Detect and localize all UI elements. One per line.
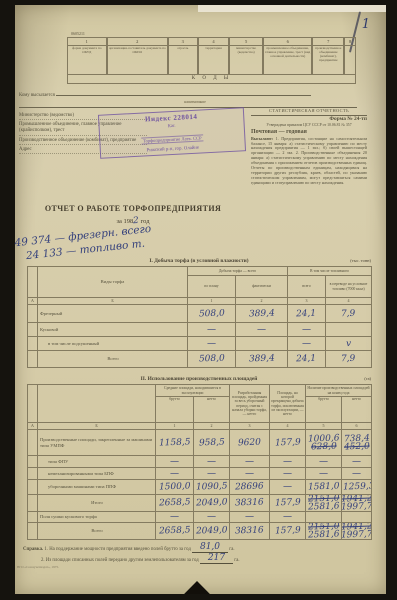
spravka-label-2: 2. Из площади списанных полей передано д… — [41, 558, 199, 563]
row-label: Всего — [38, 523, 156, 540]
handwritten-value: 2658,5 — [159, 498, 191, 507]
page-edge-highlight — [198, 5, 386, 12]
value-cell — [326, 323, 372, 337]
code-column: 4территория — [198, 37, 230, 75]
value-cell: — — [230, 512, 270, 523]
value-cell: 508,0 — [188, 351, 236, 368]
handwritten-value: — — [207, 339, 216, 347]
scanned-form-page: 1 0605211 1форма документа по ОКУД2орган… — [15, 5, 386, 594]
code-column-label: производственное объединение (комбинат),… — [312, 45, 344, 75]
handwritten-value: 157,9 — [274, 527, 300, 536]
value-cell: — — [270, 480, 306, 495]
t2-colnum-6: 6 — [342, 423, 372, 430]
print-imprint: ВГО «Союзучетиздат», 1975. — [17, 565, 59, 569]
row-label: в том числе подсушенный — [38, 337, 188, 351]
t1-corner — [28, 267, 38, 298]
handwritten-value: 38316 — [235, 499, 264, 508]
handwritten-value: 1997,7 — [342, 530, 372, 539]
t2-colnum-2: 2 — [194, 423, 230, 430]
value-cell: 7,9 — [326, 351, 372, 368]
handwritten-value: — — [245, 457, 254, 465]
t1-colnum-2: 2 — [236, 298, 288, 305]
code-table-columns: 1форма документа по ОКУД2организация-сос… — [67, 37, 356, 75]
handwritten-page-number: 1 — [362, 17, 370, 32]
value-cell: 958,5 — [194, 430, 230, 456]
value-cell: — — [194, 468, 230, 480]
value-cell: — — [288, 337, 326, 351]
value-cell: — — [156, 512, 194, 523]
value-cell: 738,4452,0 — [342, 430, 372, 456]
row-label: типа ФПУ — [38, 456, 156, 468]
table-row: типа ФПУ—————— — [28, 456, 372, 468]
row-number-cell — [28, 480, 38, 495]
value-cell: — — [288, 323, 326, 337]
handwritten-value: — — [283, 457, 292, 465]
handwritten-value: — — [170, 457, 179, 465]
value-cell: 1500,0 — [156, 480, 194, 495]
value-cell — [306, 512, 342, 523]
row-number-cell — [28, 337, 38, 351]
code-column: 8 — [344, 37, 356, 75]
value-cell: 38316 — [230, 523, 270, 540]
row-label: Итого — [38, 495, 156, 512]
table-row: немеханизированными типа БПФ—————— — [28, 468, 372, 480]
value-cell: — — [230, 456, 270, 468]
handwritten-value: — — [245, 513, 254, 521]
value-cell: — — [270, 512, 306, 523]
handwritten-value: 2049,0 — [196, 498, 228, 507]
value-cell: 1581,0 — [306, 480, 342, 495]
handwritten-value: 1500,0 — [159, 482, 191, 491]
handwritten-value: 157,9 — [274, 438, 300, 447]
postal-stamp: Индекс 228014 Кат. Торфопредприятие Латв… — [98, 107, 246, 159]
t2-sub-brutto-2: брутто — [306, 397, 342, 423]
row-number-cell — [28, 456, 38, 468]
value-cell: — — [236, 323, 288, 337]
table-row: Кусковой——— — [28, 323, 372, 337]
value-cell: 2151,02581,6 — [306, 523, 342, 540]
value-cell: — — [156, 456, 194, 468]
code-column-number: 8 — [344, 37, 356, 45]
t1-sub-fact: фактически — [236, 276, 288, 298]
handwritten-value: — — [352, 457, 361, 465]
handwritten-value: — — [207, 513, 216, 521]
row-number-cell — [28, 495, 38, 512]
code-column-number: 1 — [67, 37, 107, 45]
approved-line: Утверждена приказом ЦСУ СССР от 10.06.81… — [251, 123, 367, 128]
spravka-value-1: 81,0 — [192, 542, 228, 553]
row-label: Поля сушки кускового торфа — [38, 512, 156, 523]
report-title: ОТЧЕТ О РАБОТЕ ТОРФОПРЕДПРИЯТИЯ — [25, 204, 241, 213]
value-cell: 9620 — [230, 430, 270, 456]
t2-group2: Наличие производственных площадей на кон… — [306, 385, 372, 397]
t2-col4-header: Площадь, на которой прекращена добыча то… — [270, 385, 306, 423]
t1-colnum-4: 4 — [326, 298, 372, 305]
value-cell: 508,0 — [188, 305, 236, 323]
value-cell: 2658,5 — [156, 523, 194, 540]
code-column-number: 5 — [229, 37, 263, 45]
table1-caption: I. Добыча торфа (в условной влажности) (… — [27, 258, 371, 264]
handwritten-value: 1158,5 — [159, 438, 191, 447]
t1-letter-a: А — [28, 298, 38, 305]
t1-colnum-3: 3 — [288, 298, 326, 305]
table1-unit: (тыс. тонн) — [350, 258, 371, 263]
spravka-label-1: 1. На поддержание мощности предприятия в… — [44, 547, 190, 552]
row-number-cell — [28, 468, 38, 480]
table2-caption: II. Использование производственных площа… — [27, 376, 371, 382]
code-column-number: 3 — [168, 37, 198, 45]
value-cell: 1090,5 — [194, 480, 230, 495]
spravka-value-2: 217 — [200, 553, 233, 564]
value-cell: 1941,21997,7 — [342, 495, 372, 512]
handwritten-value: 38316 — [235, 527, 264, 536]
value-cell: v — [326, 337, 372, 351]
row-label: немеханизированными типа БПФ — [38, 468, 156, 480]
table1-title: I. Добыча торфа (в условной влажности) — [149, 258, 248, 264]
row-number-cell — [28, 512, 38, 523]
value-cell: — — [188, 323, 236, 337]
handwritten-value: 508,0 — [198, 309, 224, 318]
value-cell: 2151,02581,6 — [306, 495, 342, 512]
value-cell: 2658,5 — [156, 495, 194, 512]
value-cell: 157,9 — [270, 430, 306, 456]
handwritten-value: 1259,3 — [343, 482, 372, 491]
code-column-label: промышленное объединение, главное управл… — [263, 45, 312, 75]
table-row: Всего2658,52049,038316157,92151,02581,61… — [28, 523, 372, 540]
handwritten-value: 2049,0 — [196, 526, 228, 535]
handwritten-value: 1997,7 — [342, 502, 372, 511]
table-row: Поля сушки кускового торфа———— — [28, 512, 372, 523]
handwritten-value: — — [207, 469, 216, 477]
periodicity: Почтовая — годовая — [251, 130, 367, 135]
handwritten-value: 7,9 — [341, 355, 356, 363]
value-cell: — — [306, 468, 342, 480]
value-cell: — — [230, 468, 270, 480]
handwritten-value: — — [170, 469, 179, 477]
value-cell: 28696 — [230, 480, 270, 495]
value-cell: — — [306, 456, 342, 468]
value-cell: 2049,0 — [194, 495, 230, 512]
handwritten-value: — — [245, 469, 254, 477]
t1-colnum-1: 1 — [188, 298, 236, 305]
code-column-label: территория — [198, 45, 230, 75]
handwritten-value: 157,9 — [274, 499, 300, 508]
value-cell: — — [156, 468, 194, 480]
table1: Виды торфа Добыча торфа — всего В том чи… — [27, 266, 372, 368]
addressee-line: Кому высылается — [19, 93, 359, 98]
row-label: Всего — [38, 351, 188, 368]
handwritten-value: — — [257, 325, 266, 333]
row-number-cell — [28, 351, 38, 368]
t1-sub-plan: по плану — [188, 276, 236, 298]
value-cell: 1259,3 — [342, 480, 372, 495]
t1-letter-b: Б — [38, 298, 188, 305]
value-cell: — — [342, 456, 372, 468]
handwritten-value: — — [283, 469, 292, 477]
code-column: 3отрасль — [168, 37, 198, 75]
t1-group2: В том числе топливного — [288, 267, 372, 276]
spravka-unit-2: га. — [234, 558, 239, 563]
handwritten-value: 9620 — [238, 438, 261, 447]
code-column-label: организация-составитель документа по ОКП… — [107, 45, 168, 75]
code-column-label: министерство (ведомство) — [229, 45, 263, 75]
t2-colnum-1: 1 — [156, 423, 194, 430]
value-cell: 389,4 — [236, 305, 288, 323]
value-cell — [236, 337, 288, 351]
spravka-prefix: Справка. — [23, 547, 43, 552]
code-column-number: 4 — [198, 37, 230, 45]
t2-corner — [28, 385, 38, 423]
handwritten-value: — — [352, 469, 361, 477]
row-label: Производственные площади, закрепленные з… — [38, 430, 156, 456]
value-cell: 1158,5 — [156, 430, 194, 456]
row-number-cell — [28, 430, 38, 456]
code-column-number: 2 — [107, 37, 168, 45]
handwritten-value: 389,4 — [248, 355, 274, 364]
code-column: 2организация-составитель документа по ОК… — [107, 37, 168, 75]
value-cell: 7,9 — [326, 305, 372, 323]
value-cell: — — [270, 456, 306, 468]
value-cell — [342, 512, 372, 523]
stamp-line-3: Торфопредприятие Латв. ССР — [141, 134, 204, 144]
row-number-cell — [28, 323, 38, 337]
t2-sub-netto-1: нетто — [194, 397, 230, 423]
handwritten-value: 1090,5 — [196, 482, 228, 491]
form-number: Форма № 24-тп — [251, 117, 367, 122]
value-cell: 1941,21997,7 — [342, 523, 372, 540]
table2-title: II. Использование производственных площа… — [141, 376, 258, 382]
code-column-label — [344, 45, 356, 75]
handwritten-value: — — [302, 325, 311, 333]
value-cell: 24,1 — [288, 305, 326, 323]
t2-colnum-3: 3 — [230, 423, 270, 430]
value-cell: 24,1 — [288, 351, 326, 368]
t1-sub-cond: в переводе на условное топливо (7000 кка… — [326, 276, 372, 298]
row-label: Кусковой — [38, 323, 188, 337]
handwritten-value: — — [170, 513, 179, 521]
value-cell: 157,9 — [270, 523, 306, 540]
t2-stub-header — [38, 385, 156, 423]
table-row: уборочными машинами типа ППФ1500,01090,5… — [28, 480, 372, 495]
value-cell: 157,9 — [270, 495, 306, 512]
addressee-underline — [56, 95, 311, 96]
t2-group1: Средние площади, находившиеся в эксплуат… — [156, 385, 230, 397]
handwritten-value: 2658,5 — [159, 526, 191, 535]
row-label: Фрезерный — [38, 305, 188, 323]
handwritten-value: 628,0 — [310, 442, 336, 451]
t1-stub-header: Виды торфа — [38, 267, 188, 298]
stat-title: СТАТИСТИЧЕСКАЯ ОТЧЕТНОСТЬ — [251, 109, 367, 116]
value-cell: — — [342, 468, 372, 480]
kody-band: К О Д Ы — [67, 75, 356, 84]
code-column-label: форма документа по ОКУД — [67, 45, 107, 75]
handwritten-value: 508,0 — [198, 355, 224, 364]
row-label: уборочными машинами типа ППФ — [38, 480, 156, 495]
value-cell: — — [194, 456, 230, 468]
table2-unit: (га) — [364, 376, 371, 381]
handwritten-value: 24,1 — [296, 309, 316, 318]
table-row: Всего508,0389,424,17,9 — [28, 351, 372, 368]
value-cell: 2049,0 — [194, 523, 230, 540]
t2-letter-a: А — [28, 423, 38, 430]
code-column: 5министерство (ведомство) — [229, 37, 263, 75]
handwritten-value: — — [283, 483, 292, 491]
stat-header: СТАТИСТИЧЕСКАЯ ОТЧЕТНОСТЬ Форма № 24-тп … — [251, 109, 367, 186]
t2-sub-brutto-1: брутто — [156, 397, 194, 423]
t2-col3-header: Разработанная площадь, пройденная за вес… — [230, 385, 270, 423]
handwritten-value: 7,9 — [341, 309, 356, 317]
handwritten-value: 2581,6 — [308, 530, 340, 539]
value-cell: 38316 — [230, 495, 270, 512]
value-cell: — — [270, 468, 306, 480]
form-serial-number: 0605211 — [71, 31, 85, 36]
row-number-cell — [28, 523, 38, 540]
value-cell: 389,4 — [236, 351, 288, 368]
t1-sub-total: всего — [288, 276, 326, 298]
code-column-number: 7 — [312, 37, 344, 45]
table-row: в том числе подсушенный——v — [28, 337, 372, 351]
spravka-line-2: 2. Из площади списанных полей передано д… — [41, 554, 375, 565]
handwritten-value: — — [319, 469, 328, 477]
handwritten-value: — — [283, 513, 292, 521]
table2-block: II. Использование производственных площа… — [27, 376, 371, 540]
handwritten-value: — — [302, 339, 311, 347]
handwritten-value: — — [319, 457, 328, 465]
handwritten-value: 2581,6 — [308, 502, 340, 511]
row-number-cell — [28, 305, 38, 323]
table1-block: I. Добыча торфа (в условной влажности) (… — [27, 258, 371, 368]
code-column-number: 6 — [263, 37, 312, 45]
addressee-hint: наименование — [135, 100, 255, 104]
t2-colnum-5: 5 — [306, 423, 342, 430]
spravka-unit-1: га. — [229, 547, 234, 552]
t2-colnum-4: 4 — [270, 423, 306, 430]
addressee-label: Кому высылается — [19, 93, 55, 98]
table2: Средние площади, находившиеся в эксплуат… — [27, 384, 372, 540]
scan-artifact-blob — [183, 581, 211, 594]
t2-sub-netto-2: нетто — [342, 397, 372, 423]
handwritten-value: v — [346, 339, 351, 347]
value-cell: — — [194, 512, 230, 523]
t2-letter-b: Б — [38, 423, 156, 430]
t1-group1: Добыча торфа — всего — [188, 267, 288, 276]
table-row: Итого2658,52049,038316157,92151,02581,61… — [28, 495, 372, 512]
handwritten-value: 28696 — [235, 483, 264, 492]
handwritten-value: 1581,0 — [308, 482, 340, 491]
table-row: Производственные площади, закрепленные з… — [28, 430, 372, 456]
handwritten-value: 389,4 — [248, 309, 274, 318]
table-row: Фрезерный508,0389,424,17,9 — [28, 305, 372, 323]
code-column: 6промышленное объединение, главное управ… — [263, 37, 312, 75]
value-cell: — — [188, 337, 236, 351]
handwritten-value: — — [207, 325, 216, 333]
code-column: 7производственное объединение (комбинат)… — [312, 37, 344, 75]
handwritten-value: 958,5 — [198, 438, 224, 447]
handwritten-value: 24,1 — [296, 355, 316, 364]
code-column-label: отрасль — [168, 45, 198, 75]
send-instructions: 1. Предприятия, состоящие на самостоятел… — [251, 136, 367, 185]
handwritten-value: — — [207, 457, 216, 465]
code-column: 1форма документа по ОКУД — [67, 37, 107, 75]
handwritten-value: 452,0 — [343, 442, 369, 451]
value-cell: 1000,6628,0 — [306, 430, 342, 456]
code-table: 1форма документа по ОКУД2организация-сос… — [67, 37, 356, 84]
